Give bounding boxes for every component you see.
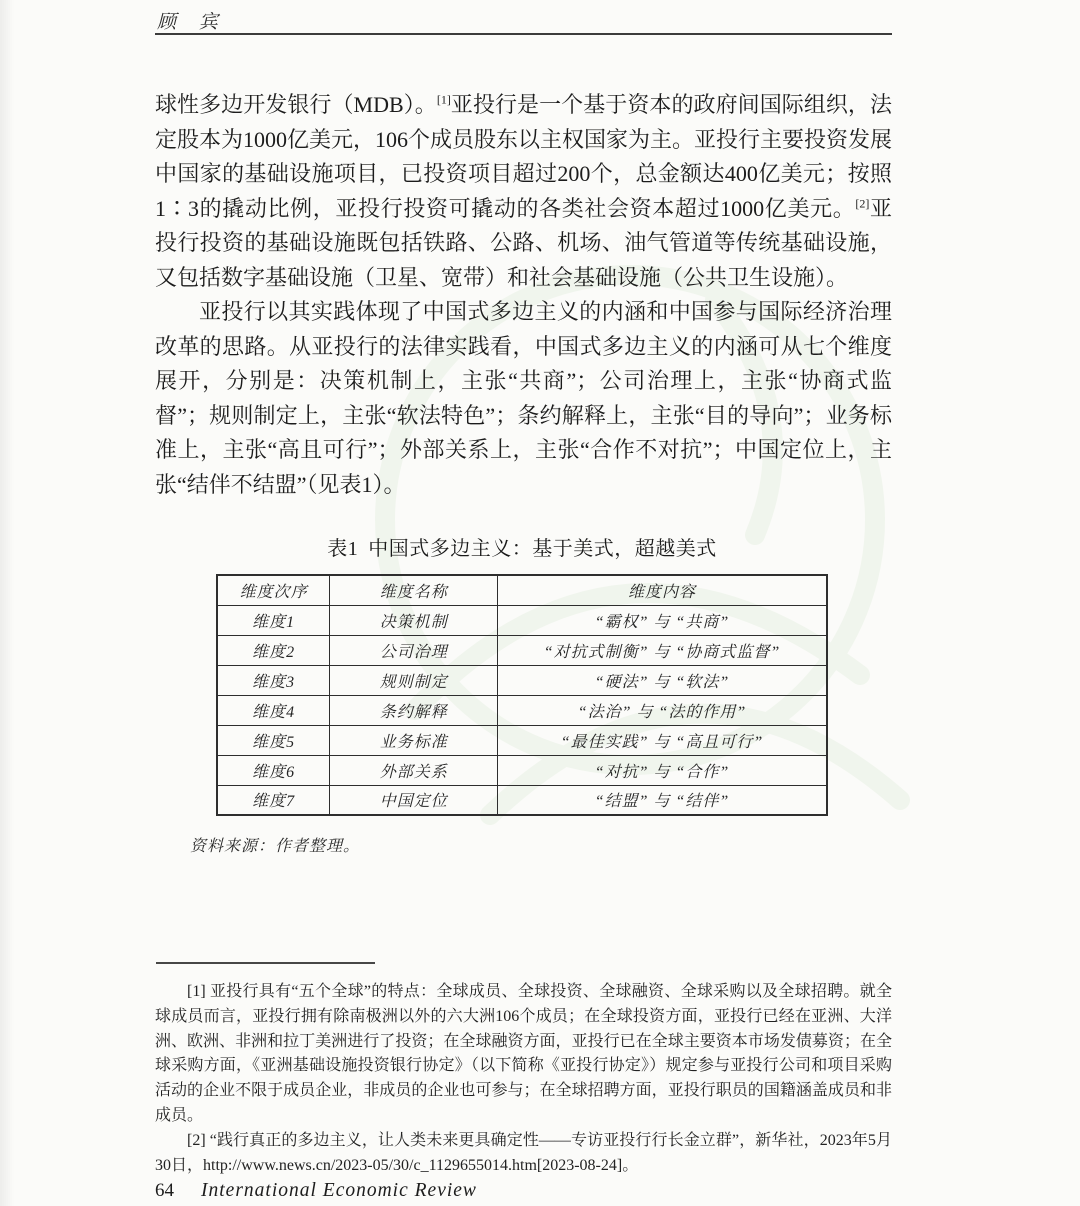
cell-content: “结盟” 与 “结伴” <box>498 785 827 815</box>
table-row: 维度6 外部关系 “对抗” 与 “合作” <box>217 755 827 785</box>
table-caption-title: 中国式多边主义：基于美式，超越美式 <box>368 538 717 560</box>
header-cell-content: 维度内容 <box>498 575 827 605</box>
cell-content: “对抗” 与 “合作” <box>498 755 827 785</box>
footnote-2: [2] “践行真正的多边主义，让人类未来更具确定性——专访亚投行行长金立群”，新… <box>155 1129 892 1179</box>
cell-name: 条约解释 <box>330 695 498 725</box>
page-footer: 64International Economic Review <box>155 1180 477 1202</box>
running-head-author: 顾 宾 <box>157 7 227 34</box>
footnote-ref-1: [1] <box>437 93 451 107</box>
table-row: 维度3 规则制定 “硬法” 与 “软法” <box>217 665 827 695</box>
table-caption: 表1中国式多边主义：基于美式，超越美式 <box>216 532 828 561</box>
para1-text-a: 球性多边开发银行（MDB）。 <box>155 92 437 117</box>
cell-name: 公司治理 <box>330 635 498 665</box>
cell-order: 维度7 <box>217 785 330 815</box>
table-row: 维度4 条约解释 “法治” 与 “法的作用” <box>217 695 827 725</box>
header-cell-name: 维度名称 <box>330 575 498 605</box>
page-number: 64 <box>155 1180 174 1201</box>
cell-order: 维度3 <box>217 665 330 695</box>
cell-content: “法治” 与 “法的作用” <box>498 695 827 725</box>
cell-name: 决策机制 <box>330 605 498 635</box>
table-row: 维度1 决策机制 “霸权” 与 “共商” <box>217 605 827 635</box>
footnote-ref-2: [2] <box>855 196 869 210</box>
footnote-1: [1] 亚投行具有“五个全球”的特点：全球成员、全球投资、全球融资、全球采购以及… <box>155 980 892 1129</box>
cell-content: “硬法” 与 “软法” <box>498 665 827 695</box>
source-note: 资料来源：作者整理。 <box>190 833 360 856</box>
table-header-row: 维度次序 维度名称 维度内容 <box>217 575 827 605</box>
cell-order: 维度1 <box>217 605 330 635</box>
table-1-section: 表1中国式多边主义：基于美式，超越美式 维度次序 维度名称 维度内容 维度1 决… <box>216 532 828 816</box>
table-row: 维度5 业务标准 “最佳实践” 与 “高且可行” <box>217 725 827 755</box>
cell-order: 维度6 <box>217 755 330 785</box>
cell-name: 中国定位 <box>330 785 498 815</box>
table-row: 维度2 公司治理 “对抗式制衡” 与 “协商式监督” <box>217 635 827 665</box>
paragraph-2: 亚投行以其实践体现了中国式多边主义的内涵和中国参与国际经济治理改革的思路。从亚投… <box>155 295 892 502</box>
cell-content: “对抗式制衡” 与 “协商式监督” <box>498 635 827 665</box>
footnotes-section: [1] 亚投行具有“五个全球”的特点：全球成员、全球投资、全球融资、全球采购以及… <box>155 980 892 1178</box>
cell-name: 规则制定 <box>330 665 498 695</box>
footnote-separator <box>156 962 375 964</box>
cell-order: 维度2 <box>217 635 330 665</box>
paragraph-1: 球性多边开发银行（MDB）。[1]亚投行是一个基于资本的政府间国际组织，法定股本… <box>155 88 892 295</box>
document-page: 顾 宾 球性多边开发银行（MDB）。[1]亚投行是一个基于资本的政府间国际组织，… <box>0 0 1080 1206</box>
cell-name: 外部关系 <box>330 755 498 785</box>
table-caption-number: 表1 <box>327 538 358 560</box>
journal-name: International Economic Review <box>201 1180 477 1201</box>
cell-name: 业务标准 <box>330 725 498 755</box>
header-cell-order: 维度次序 <box>217 575 330 605</box>
cell-order: 维度4 <box>217 695 330 725</box>
article-body: 球性多边开发银行（MDB）。[1]亚投行是一个基于资本的政府间国际组织，法定股本… <box>155 88 892 502</box>
header-rule <box>155 33 892 35</box>
cell-content: “霸权” 与 “共商” <box>498 605 827 635</box>
cell-content: “最佳实践” 与 “高且可行” <box>498 725 827 755</box>
cell-order: 维度5 <box>217 725 330 755</box>
table-row: 维度7 中国定位 “结盟” 与 “结伴” <box>217 785 827 815</box>
dimensions-table: 维度次序 维度名称 维度内容 维度1 决策机制 “霸权” 与 “共商” 维度2 … <box>216 574 828 816</box>
